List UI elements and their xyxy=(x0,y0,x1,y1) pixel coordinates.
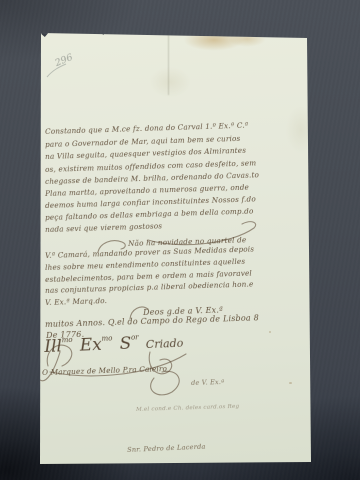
salutation-part: S xyxy=(119,334,131,354)
manuscript-sheet: 296 Constando que a M.ce fz. dona do Car… xyxy=(0,0,360,480)
fold-crease xyxy=(168,33,169,95)
photograph-of-manuscript: 296 Constando que a M.ce fz. dona do Car… xyxy=(0,0,360,480)
salutation-superscript: mo xyxy=(101,334,112,342)
marginal-note: de V. Ex.ª xyxy=(191,379,225,387)
salutation-part: Criado xyxy=(146,337,184,351)
manuscript-line: V. Ex.ª Marq.do. xyxy=(45,297,107,306)
salutation-superscript: or xyxy=(131,333,139,341)
salutation-superscript: mo xyxy=(62,336,73,344)
salutation-part: Ill xyxy=(44,336,62,357)
foxing-spot xyxy=(289,382,292,384)
foxing-spot xyxy=(269,331,271,333)
salutation-part: Ex xyxy=(79,335,102,356)
